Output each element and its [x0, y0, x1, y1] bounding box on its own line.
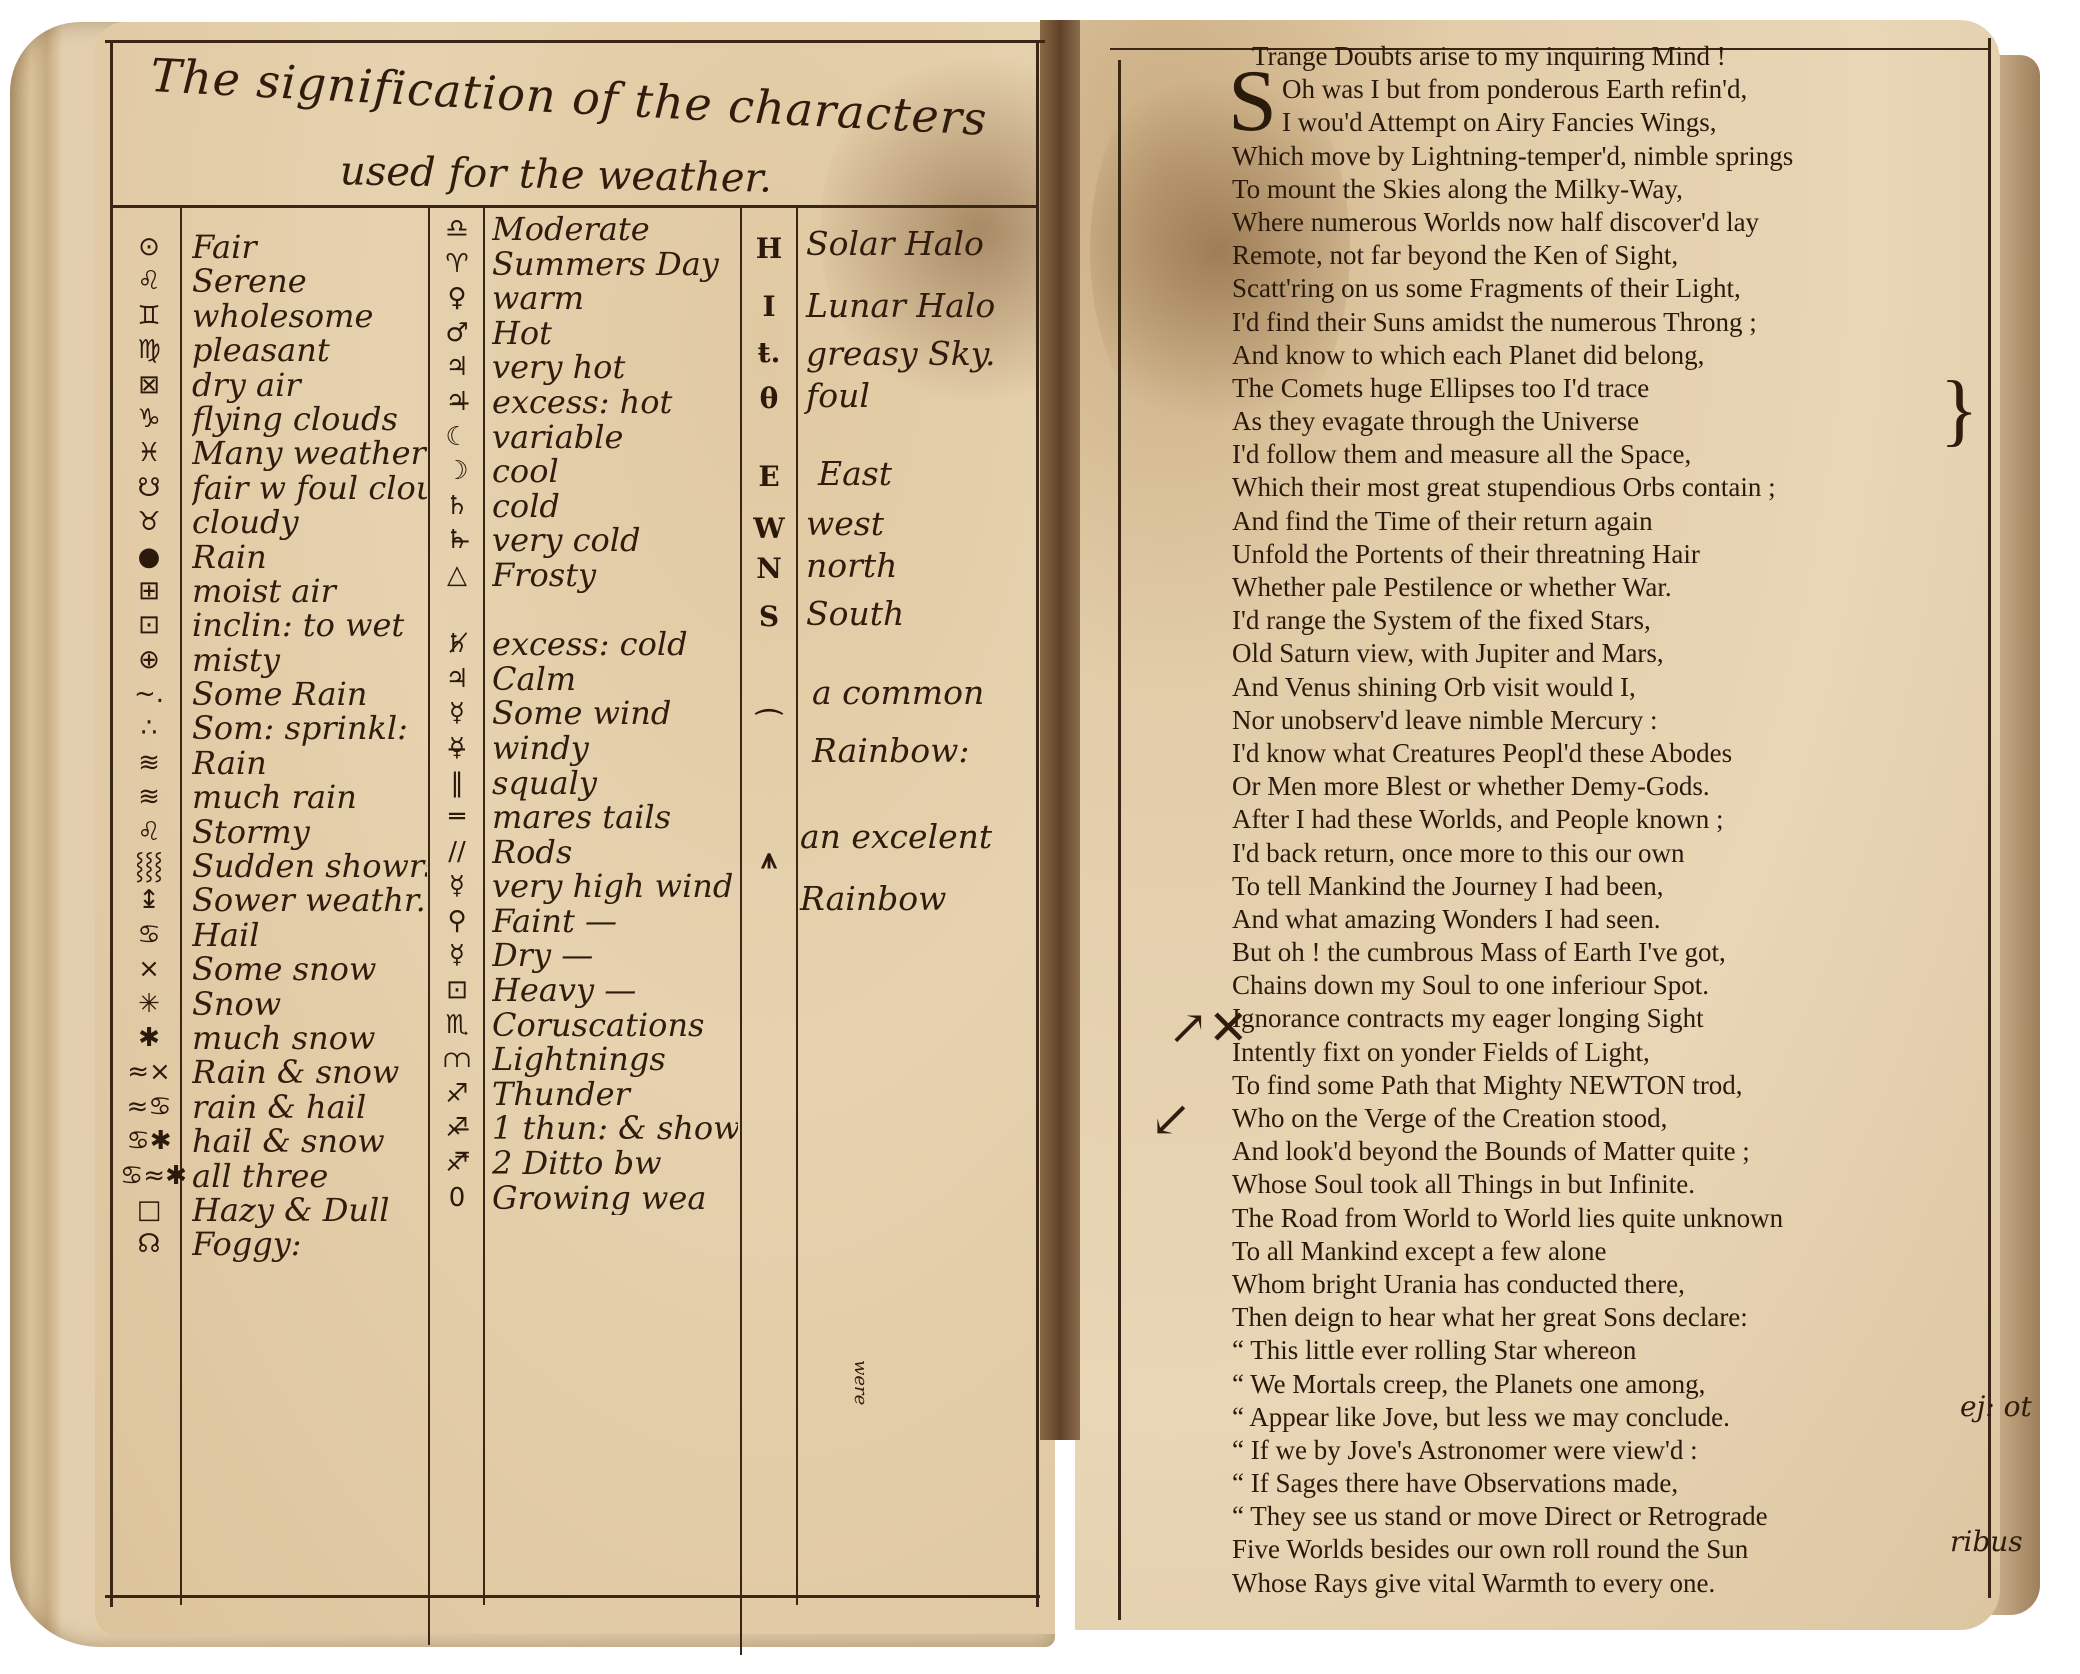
weather-symbol: ♄̶	[432, 523, 482, 558]
weather-symbol: ⊕	[120, 643, 178, 677]
rule-col2	[428, 205, 430, 1645]
weather-symbol: ●	[120, 540, 178, 574]
weather-symbol: ⊙	[120, 230, 178, 264]
poem-line: I wou'd Attempt on Airy Fancies Wings,	[1232, 106, 1992, 139]
poem-line: As they evagate through the Universe	[1232, 405, 1992, 438]
weather-meaning: Stormy	[192, 815, 427, 849]
poem-line: And look'd beyond the Bounds of Matter q…	[1232, 1135, 1992, 1168]
weather-symbol: ☿	[432, 696, 482, 731]
margin-note: were	[850, 1360, 871, 1405]
poem-line: Whether pale Pestilence or whether War.	[1232, 571, 1992, 604]
weather-meaning: Rods	[492, 835, 738, 870]
meanings-column-1: Fair Serene wholesome pleasant dry air f…	[192, 230, 427, 1262]
weather-meaning: very cold	[492, 523, 738, 558]
weather-symbol: ♏	[432, 1008, 482, 1043]
weather-symbol: ♀	[432, 281, 482, 316]
weather-meaning: Sudden showrs	[192, 849, 427, 883]
weather-symbol	[432, 593, 482, 628]
weather-symbol: ☿̶	[432, 731, 482, 766]
weather-meaning: 1 thun: & showr	[492, 1111, 738, 1146]
weather-meaning: warm	[492, 281, 738, 316]
weather-symbol: ♐̶	[432, 1111, 482, 1146]
symbols-column-2: ♎ ♈ ♀ ♂ ♃ ♃̶ ☾ ☽ ♄ ♄̶ △ ♄̸ ♃ ☿ ☿̶ ‖ ═ //…	[432, 212, 482, 1215]
weather-symbol: ☿	[432, 869, 482, 904]
rule-col4	[740, 205, 742, 1655]
weather-symbol: ~.	[120, 677, 178, 711]
poem-line: Which their most great stupendious Orbs …	[1232, 471, 1992, 504]
weather-symbol: ♌	[120, 815, 178, 849]
poem-line: I'd back return, once more to this our o…	[1232, 837, 1992, 870]
weather-meaning: Sower weathr.	[192, 883, 427, 917]
weather-symbol: ‖	[432, 766, 482, 801]
weather-meaning: much rain	[192, 780, 427, 814]
margin-arrow-down: ↙	[1150, 1090, 1192, 1148]
poem-line: To tell Mankind the Journey I had been,	[1232, 870, 1992, 903]
poem-line: “ This little ever rolling Star whereon	[1232, 1334, 1992, 1367]
weather-meaning: Coruscations	[492, 1008, 738, 1043]
weather-symbol: ♐	[432, 1077, 482, 1112]
poem-line: After I had these Worlds, and People kno…	[1232, 803, 1992, 836]
weather-symbol: ⚲	[432, 904, 482, 939]
weather-meaning: Hot	[492, 316, 738, 351]
poem-line: And find the Time of their return again	[1232, 505, 1992, 538]
poem-line: “ They see us stand or move Direct or Re…	[1232, 1500, 1992, 1533]
weather-meaning: cool	[492, 454, 738, 489]
weather-symbol: E	[745, 460, 793, 493]
weather-symbol: ♋≈✱	[120, 1159, 178, 1193]
poem-line: I'd know what Creatures Peopl'd these Ab…	[1232, 737, 1992, 770]
weather-meaning: Some Rain	[192, 677, 427, 711]
poem-line: The Comets huge Ellipses too I'd trace	[1232, 372, 1992, 405]
open-almanac-book: The signification of the characters used…	[0, 0, 2080, 1674]
weather-meaning: Lightnings	[492, 1042, 738, 1077]
weather-meaning: 2 Ditto bw	[492, 1146, 738, 1181]
rule-right	[1036, 42, 1039, 1607]
weather-meaning: north	[806, 546, 897, 585]
weather-symbol: △	[432, 558, 482, 593]
weather-meaning: cloudy	[192, 505, 427, 539]
poem-line: To all Mankind except a few alone	[1232, 1235, 1992, 1268]
weather-meaning: Rain	[192, 746, 427, 780]
weather-meaning: cold	[492, 489, 738, 524]
weather-symbol: ♉	[120, 505, 178, 539]
weather-symbol: ⊞	[120, 574, 178, 608]
weather-symbol: ✱	[120, 1021, 178, 1055]
weather-meaning: excess: hot	[492, 385, 738, 420]
weather-symbol: ≋	[120, 746, 178, 780]
poem-line: And Venus shining Orb visit would I,	[1232, 671, 1992, 704]
poem-line: I'd follow them and measure all the Spac…	[1232, 438, 1992, 471]
weather-symbol: N	[745, 552, 793, 585]
weather-meaning: squaly	[492, 766, 738, 801]
poem-line: Or Men more Blest or whether Demy-Gods.	[1232, 770, 1992, 803]
weather-meaning: very high wind	[492, 869, 738, 904]
weather-meaning: Snow	[192, 987, 427, 1021]
weather-symbol: ⊠	[120, 368, 178, 402]
poem-line: Chains down my Soul to one inferiour Spo…	[1232, 969, 1992, 1002]
rule-left	[110, 42, 113, 1607]
weather-symbol: ⩋	[432, 1042, 482, 1077]
weather-meaning: variable	[492, 420, 738, 455]
margin-arrow-up: ↗✕	[1168, 1000, 1248, 1056]
weather-meaning: much snow	[192, 1021, 427, 1055]
weather-meaning: Moderate	[492, 212, 738, 247]
poem-line: Whose Soul took all Things in but Infini…	[1232, 1168, 1992, 1201]
poem-line: Intently fixt on yonder Fields of Light,	[1232, 1036, 1992, 1069]
poem-line: Five Worlds besides our own roll round t…	[1232, 1533, 1992, 1566]
poem-line: Where numerous Worlds now half discover'…	[1232, 206, 1992, 239]
poem-line: Old Saturn view, with Jupiter and Mars,	[1232, 637, 1992, 670]
weather-symbol: ŧ.	[745, 336, 793, 369]
poem-line: “ Appear like Jove, but less we may conc…	[1232, 1401, 1992, 1434]
margin-brace: }	[1940, 365, 1978, 456]
weather-symbol: ⊡	[432, 973, 482, 1008]
weather-symbol: ♃	[432, 350, 482, 385]
poem-line: Nor unobserv'd leave nimble Mercury :	[1232, 704, 1992, 737]
weather-meaning: very hot	[492, 350, 738, 385]
weather-meaning: west	[806, 504, 884, 543]
weather-symbol: θ	[745, 382, 793, 415]
weather-symbol: ♂	[432, 316, 482, 351]
weather-symbol: ☊	[120, 1227, 178, 1261]
meanings-column-2: Moderate Summers Day warm Hot very hot e…	[492, 212, 738, 1215]
weather-meaning: hail & snow	[192, 1124, 427, 1158]
rainbow-symbol: ⌒	[745, 702, 793, 742]
weather-meaning: Fair	[192, 230, 427, 264]
poem-line: “ We Mortals creep, the Planets one amon…	[1232, 1368, 1992, 1401]
weather-meaning: Serene	[192, 264, 427, 298]
weather-meaning: Some snow	[192, 952, 427, 986]
weather-symbol: □	[120, 1193, 178, 1227]
weather-meaning: Some wind	[492, 696, 738, 731]
rule-top	[105, 40, 1045, 43]
poem-line: And what amazing Wonders I had seen.	[1232, 903, 1992, 936]
weather-symbol: ♓	[120, 436, 178, 470]
weather-symbol: 0	[432, 1181, 482, 1216]
poem-line: Oh was I but from ponderous Earth refin'…	[1232, 73, 1992, 106]
weather-symbol: W	[745, 512, 793, 545]
weather-symbol: ♄	[432, 489, 482, 524]
weather-meaning: all three	[192, 1159, 427, 1193]
weather-meaning: Dry —	[492, 938, 738, 973]
weather-symbol: ↨	[120, 883, 178, 917]
weather-symbol: S	[745, 600, 793, 633]
weather-symbol: ☋	[120, 471, 178, 505]
poem-line: Which move by Lightning-temper'd, nimble…	[1232, 140, 1992, 173]
weather-symbol: //	[432, 835, 482, 870]
weather-meaning: Heavy —	[492, 973, 738, 1008]
poem-line: I'd find their Suns amidst the numerous …	[1232, 306, 1992, 339]
weather-meaning: Som: sprinkl:	[192, 711, 427, 745]
weather-meaning: windy	[492, 731, 738, 766]
poem-line: Who on the Verge of the Creation stood,	[1232, 1102, 1992, 1135]
rule-col1	[180, 205, 182, 1605]
weather-meaning	[492, 593, 738, 628]
weather-symbol: ♎	[432, 212, 482, 247]
weather-symbol: ≈♋	[120, 1090, 178, 1124]
weather-symbol: ☽	[432, 454, 482, 489]
weather-symbol: ∴	[120, 711, 178, 745]
weather-meaning: Many weather heavy	[192, 436, 427, 470]
weather-meaning: moist air	[192, 574, 427, 608]
weather-symbol: ♄̸	[432, 627, 482, 662]
weather-symbol: ♋	[120, 918, 178, 952]
weather-meaning: dry air	[192, 368, 427, 402]
weather-meaning: greasy Sky.	[806, 334, 996, 373]
table-title-line2: used for the weather.	[340, 148, 773, 202]
rule-bottom	[105, 1595, 1040, 1598]
weather-symbol: ♍	[120, 333, 178, 367]
weather-symbol: ≈×	[120, 1055, 178, 1089]
poem-line: Then deign to hear what her great Sons d…	[1232, 1301, 1992, 1334]
rule-col3	[483, 205, 485, 1605]
weather-symbol: ♑	[120, 402, 178, 436]
poem-line: And know to which each Planet did belong…	[1232, 339, 1992, 372]
weather-meaning: Foggy:	[192, 1227, 427, 1261]
weather-symbol: ×	[120, 952, 178, 986]
weather-symbol: ♌	[120, 264, 178, 298]
weather-meaning: an excelent Rainbow	[800, 806, 1035, 930]
weather-meaning: fair w foul clouds	[192, 471, 427, 505]
rule-col5	[796, 205, 798, 1605]
weather-symbol: ☾	[432, 420, 482, 455]
weather-meaning: Summers Day	[492, 247, 738, 282]
poem-line: I'd range the System of the fixed Stars,	[1232, 604, 1992, 637]
gutter-stain	[1040, 20, 1080, 1440]
poem-line: But oh ! the cumbrous Mass of Earth I've…	[1232, 936, 1992, 969]
symbols-column-1: ⊙ ♌ ♊ ♍ ⊠ ♑ ♓ ☋ ♉ ● ⊞ ⊡ ⊕ ~. ∴ ≋ ≋ ♌ ⸾⸾⸾…	[120, 230, 178, 1262]
weather-meaning: pleasant	[192, 333, 427, 367]
weather-symbol: ═	[432, 800, 482, 835]
printed-poem: Trange Doubts arise to my inquiring Mind…	[1232, 40, 1992, 1600]
poem-line: “ If Sages there have Observations made,	[1232, 1467, 1992, 1500]
poem-line: Ignorance contracts my eager longing Sig…	[1232, 1002, 1992, 1035]
weather-meaning: rain & hail	[192, 1090, 427, 1124]
weather-meaning: Frosty	[492, 558, 738, 593]
weather-symbol: H	[745, 232, 793, 265]
weather-meaning: South	[806, 594, 904, 633]
weather-symbol: ♋✱	[120, 1124, 178, 1158]
weather-meaning: Thunder	[492, 1077, 738, 1112]
weather-meaning: mares tails	[492, 800, 738, 835]
weather-meaning: Hail	[192, 918, 427, 952]
weather-meaning: flying clouds	[192, 402, 427, 436]
weather-symbol: ⸾⸾⸾	[120, 849, 178, 883]
weather-meaning: Hazy & Dull	[192, 1193, 427, 1227]
poem-line: The Road from World to World lies quite …	[1232, 1202, 1992, 1235]
poem-line: Whose Rays give vital Warmth to every on…	[1232, 1567, 1992, 1600]
rule-title-bottom	[110, 205, 1038, 208]
weather-meaning: Rain & snow	[192, 1055, 427, 1089]
weather-meaning: inclin: to wet	[192, 608, 427, 642]
poem-line: To mount the Skies along the Milky-Way,	[1232, 173, 1992, 206]
weather-symbol: ☿	[432, 938, 482, 973]
rule-right-inner	[1118, 60, 1121, 1620]
weather-symbol: I	[745, 290, 793, 323]
weather-meaning: misty	[192, 643, 427, 677]
weather-symbol: ♈	[432, 247, 482, 282]
weather-symbol: ≋	[120, 780, 178, 814]
poem-line: Trange Doubts arise to my inquiring Mind…	[1232, 40, 1992, 73]
margin-annotation: ej: ot	[1960, 1390, 2032, 1423]
weather-meaning: Faint —	[492, 904, 738, 939]
excellent-rainbow-symbol: ⩚	[745, 842, 793, 876]
poem-line: Unfold the Portents of their threatning …	[1232, 538, 1992, 571]
weather-meaning: Growing wea	[492, 1181, 738, 1216]
weather-meaning: Solar Halo	[806, 224, 984, 263]
weather-meaning: excess: cold	[492, 627, 738, 662]
poem-line: Remote, not far beyond the Ken of Sight,	[1232, 239, 1992, 272]
weather-symbol: ♊	[120, 299, 178, 333]
weather-meaning: East	[818, 454, 892, 493]
weather-meaning: Lunar Halo	[806, 286, 995, 325]
weather-meaning: Calm	[492, 662, 738, 697]
weather-meaning: wholesome	[192, 299, 427, 333]
weather-symbol: ♃	[432, 662, 482, 697]
poem-line: “ If we by Jove's Astronomer were view'd…	[1232, 1434, 1992, 1467]
weather-meaning: Rain	[192, 540, 427, 574]
weather-symbol: ⊡	[120, 608, 178, 642]
poem-line: Whom bright Urania has conducted there,	[1232, 1268, 1992, 1301]
weather-meaning: foul	[806, 376, 870, 415]
weather-symbol: ✳	[120, 987, 178, 1021]
margin-annotation: ribus	[1950, 1525, 2023, 1558]
weather-symbol: ♐̿	[432, 1146, 482, 1181]
poem-line: To find some Path that Mighty NEWTON tro…	[1232, 1069, 1992, 1102]
weather-symbol: ♃̶	[432, 385, 482, 420]
poem-line: Scatt'ring on us some Fragments of their…	[1232, 272, 1992, 305]
weather-meaning: a common Rainbow:	[812, 664, 1037, 780]
